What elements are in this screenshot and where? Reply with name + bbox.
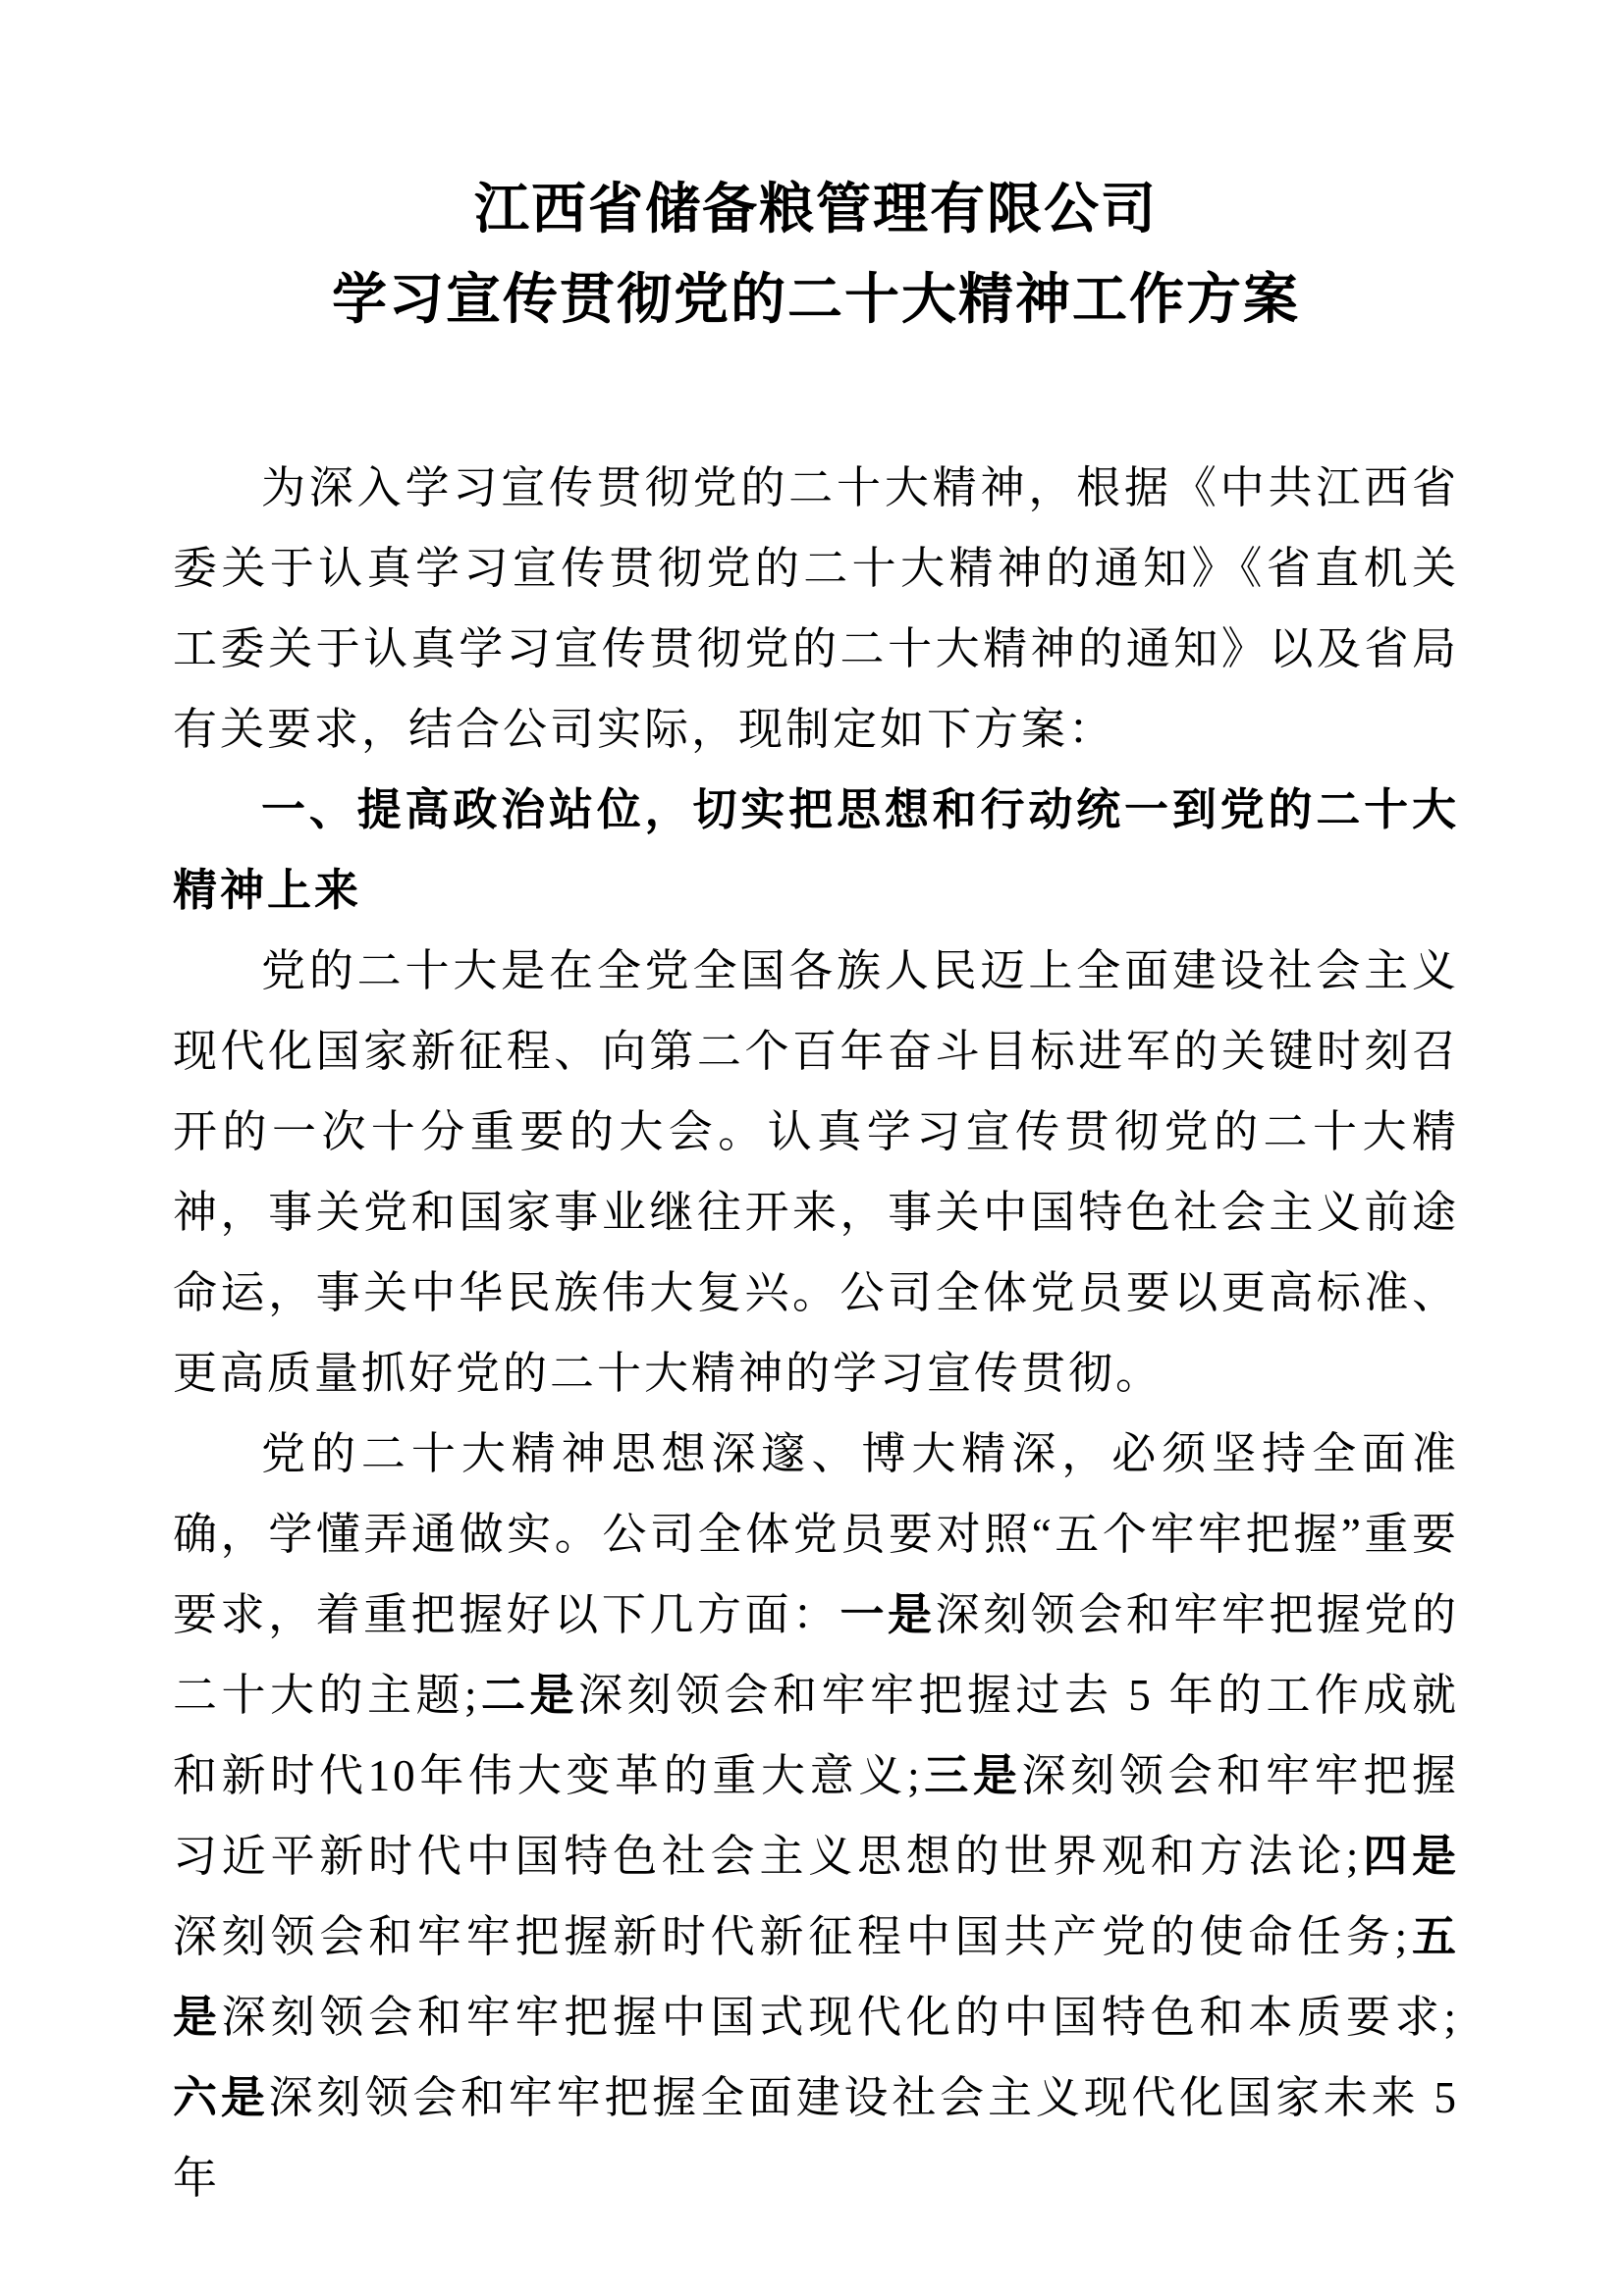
emphasis-run: 六是 [173,2072,269,2122]
section-1-paragraph-2: 党的二十大精神思想深邃、博大精深，必须坚持全面准确，学懂弄通做实。公司全体党员要… [173,1414,1459,2218]
text-run: 党的二十大是在全党全国各族人民迈上全面建设社会主义现代化国家新征程、向第二个百年… [173,946,1459,1398]
emphasis-run: 三是 [923,1750,1022,1800]
text-run: 深刻领会和牢牢把握全面建设社会主义现代化国家未来 5 年 [173,2073,1459,2203]
document-content: 江西省储备粮管理有限公司 学习宣传贯彻党的二十大精神工作方案 为深入学习宣传贯彻… [0,0,1624,2218]
document-page: 江西省储备粮管理有限公司 学习宣传贯彻党的二十大精神工作方案 为深入学习宣传贯彻… [0,0,1624,2296]
document-title: 江西省储备粮管理有限公司 学习宣传贯彻党的二十大精神工作方案 [173,165,1459,346]
emphasis-run: 四是 [1361,1831,1459,1881]
section-1-paragraph-1: 党的二十大是在全党全国各族人民迈上全面建设社会主义现代化国家新征程、向第二个百年… [173,931,1459,1414]
text-run: 深刻领会和牢牢把握中国式现代化的中国特色和本质要求; [222,1993,1459,2042]
emphasis-run: 二是 [480,1670,579,1720]
text-run: 为深入学习宣传贯彻党的二十大精神，根据《中共江西省委关于认真学习宣传贯彻党的二十… [173,463,1459,754]
text-run: 深刻领会和牢牢把握新时代新征程中国共产党的使命任务; [173,1912,1410,1961]
document-title-line-1: 江西省储备粮管理有限公司 [173,165,1459,255]
emphasis-run: 一是 [840,1589,936,1639]
text-run: 一、提高政治站位，切实把思想和行动统一到党的二十大精神上来 [173,784,1459,915]
section-1-heading: 一、提高政治站位，切实把思想和行动统一到党的二十大精神上来 [173,770,1459,931]
intro-paragraph: 为深入学习宣传贯彻党的二十大精神，根据《中共江西省委关于认真学习宣传贯彻党的二十… [173,448,1459,770]
document-title-line-2: 学习宣传贯彻党的二十大精神工作方案 [173,255,1459,346]
